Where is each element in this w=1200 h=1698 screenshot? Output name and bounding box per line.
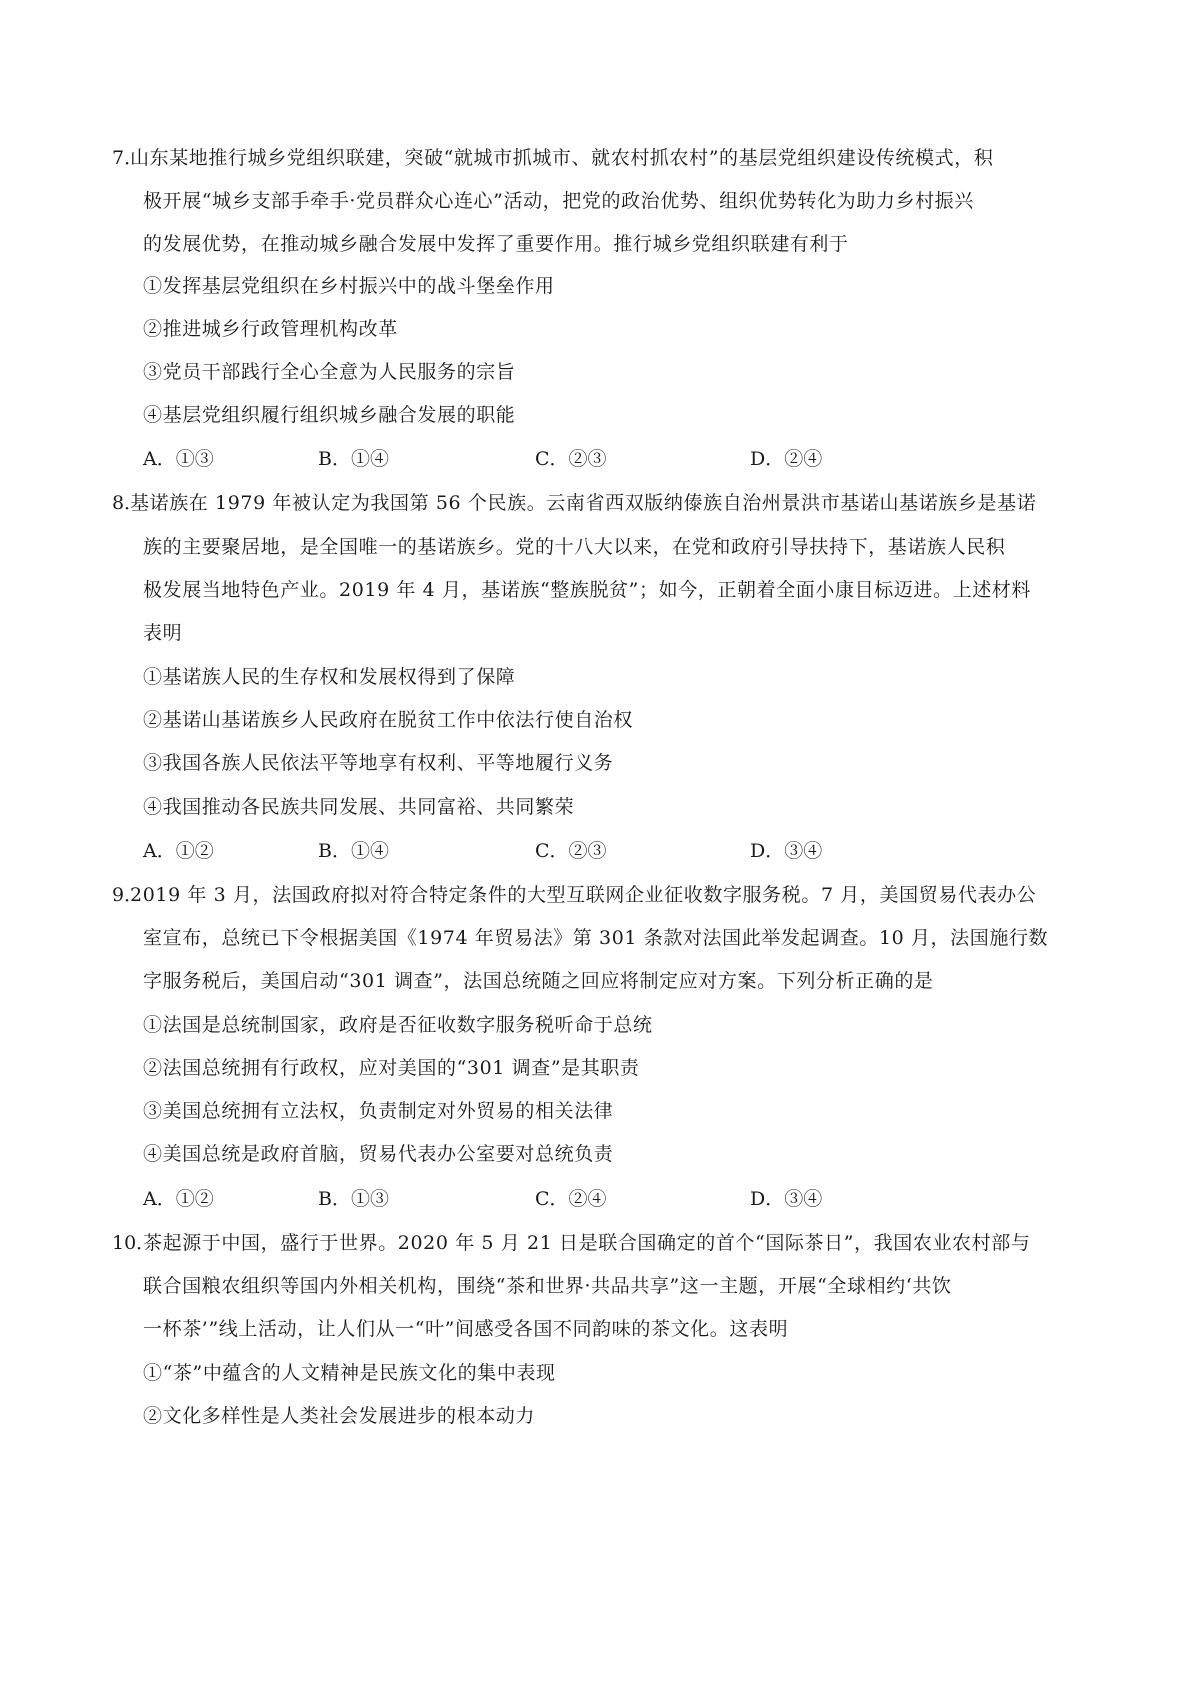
question-stem-line: 室宣布，总统已下令根据美国《1974 年贸易法》第 301 条款对法国此举发起调… bbox=[143, 926, 1048, 950]
question-stem-line: 一杯茶’”线上活动，让人们从一“叶”间感受各国不同韵味的茶文化。这表明 bbox=[143, 1317, 788, 1341]
statement: ①基诺族人民的生存权和发展权得到了保障 bbox=[143, 665, 515, 689]
option-a: A．①② bbox=[143, 1187, 214, 1211]
statement: ④我国推动各民族共同发展、共同富裕、共同繁荣 bbox=[143, 795, 574, 819]
question-stem-line: 族的主要聚居地，是全国唯一的基诺族乡。党的十八大以来，在党和政府引导扶持下，基诺… bbox=[143, 535, 1005, 559]
statement: ④基层党组织履行组织城乡融合发展的职能 bbox=[143, 403, 515, 427]
option-c: C．②③ bbox=[535, 447, 607, 471]
statement: ①“茶”中蕴含的人文精神是民族文化的集中表现 bbox=[143, 1361, 556, 1385]
question-stem-line: 极发展当地特色产业。2019 年 4 月，基诺族“整族脱贫”；如今，正朝着全面小… bbox=[143, 578, 1031, 602]
question-stem-line: 的发展优势，在推动城乡融合发展中发挥了重要作用。推行城乡党组织联建有利于 bbox=[143, 232, 849, 256]
statement: ③我国各族人民依法平等地享有权利、平等地履行义务 bbox=[143, 751, 613, 775]
statement: ③美国总统拥有立法权，负责制定对外贸易的相关法律 bbox=[143, 1099, 613, 1123]
option-d: D．③④ bbox=[750, 839, 822, 863]
option-a: A．①③ bbox=[143, 447, 214, 471]
option-a: A．①② bbox=[143, 839, 214, 863]
statement: ①发挥基层党组织在乡村振兴中的战斗堡垒作用 bbox=[143, 274, 555, 298]
question-stem-line: 表明 bbox=[143, 621, 182, 645]
statement: ②文化多样性是人类社会发展进步的根本动力 bbox=[143, 1404, 535, 1428]
question-stem-line: 2019 年 3 月，法国政府拟对符合特定条件的大型互联网企业征收数字服务税。7… bbox=[130, 883, 1036, 907]
question-stem-line: 极开展“城乡支部手牵手·党员群众心连心”活动，把党的政治优势、组织优势转化为助力… bbox=[143, 189, 974, 213]
question-stem-line: 茶起源于中国，盛行于世界。2020 年 5 月 21 日是联合国确定的首个“国际… bbox=[143, 1231, 1030, 1255]
statement: ④美国总统是政府首脑，贸易代表办公室要对总统负责 bbox=[143, 1142, 613, 1166]
exam-page: 7． 山东某地推行城乡党组织联建，突破“就城市抓城市、就农村抓农村”的基层党组织… bbox=[0, 0, 1200, 1698]
question-stem-line: 字服务税后，美国启动“301 调查”，法国总统随之回应将制定应对方案。下列分析正… bbox=[143, 969, 934, 993]
question-stem-line: 山东某地推行城乡党组织联建，突破“就城市抓城市、就农村抓农村”的基层党组织建设传… bbox=[130, 146, 993, 170]
option-d: D．③④ bbox=[750, 1187, 822, 1211]
statement: ③党员干部践行全心全意为人民服务的宗旨 bbox=[143, 360, 515, 384]
option-b: B．①③ bbox=[318, 1187, 389, 1211]
question-stem-line: 联合国粮农组织等国内外相关机构，围绕“茶和世界·共品共享”这一主题，开展“全球相… bbox=[143, 1274, 952, 1298]
statement: ②推进城乡行政管理机构改革 bbox=[143, 317, 398, 341]
statement: ①法国是总统制国家，政府是否征收数字服务税听命于总统 bbox=[143, 1013, 653, 1037]
option-c: C．②③ bbox=[535, 839, 607, 863]
option-b: B．①④ bbox=[318, 839, 389, 863]
question-stem-line: 基诺族在 1979 年被认定为我国第 56 个民族。云南省西双版纳傣族自治州景洪… bbox=[130, 491, 1036, 515]
statement: ②法国总统拥有行政权，应对美国的“301 调查”是其职责 bbox=[143, 1056, 640, 1080]
option-d: D．②④ bbox=[750, 447, 822, 471]
statement: ②基诺山基诺族乡人民政府在脱贫工作中依法行使自治权 bbox=[143, 708, 633, 732]
option-c: C．②④ bbox=[535, 1187, 607, 1211]
option-b: B．①④ bbox=[318, 447, 389, 471]
